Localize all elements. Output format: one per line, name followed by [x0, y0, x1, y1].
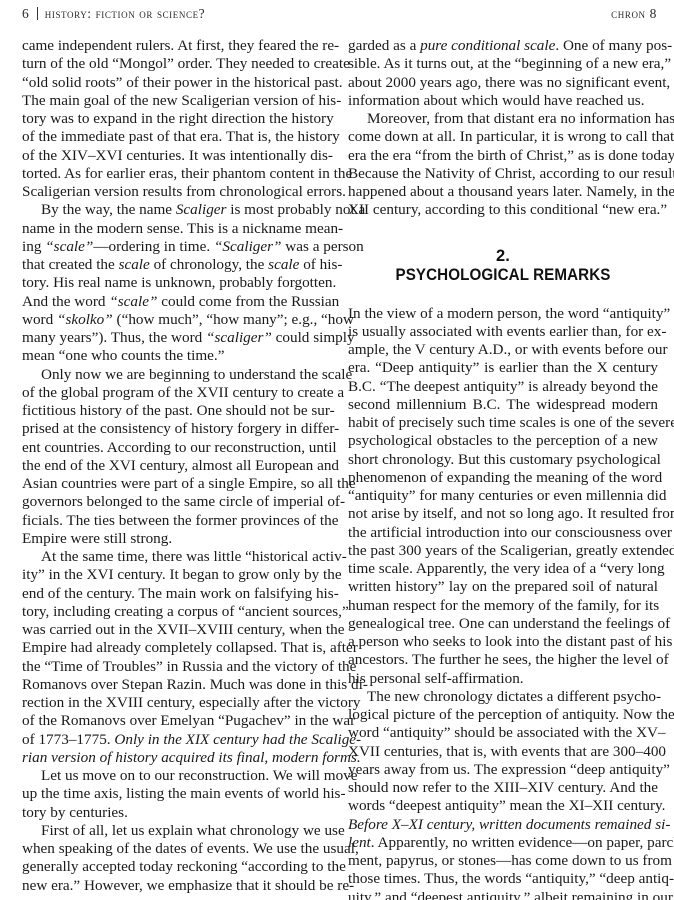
- text-line: Only now we are beginning to understand …: [22, 366, 333, 384]
- text-line: fictitious history of the past. One shou…: [22, 402, 333, 420]
- text-run: sible. As it turns out, at the “beginnin…: [348, 55, 671, 72]
- text-run: ficials. The ties between the former pro…: [22, 512, 338, 529]
- text-run: of 1773–1775.: [22, 731, 114, 748]
- text-run: mean “one who counts the time.”: [22, 347, 224, 364]
- text-line: ment, papyrus, or stones—has come down t…: [348, 852, 658, 870]
- italic-text: scale: [268, 256, 299, 273]
- text-run: tory, including creating a corpus of “an…: [22, 603, 349, 620]
- text-line: mean “one who counts the time.”: [22, 347, 333, 365]
- text-run: about 2000 years ago, there was no signi…: [348, 74, 670, 91]
- text-run: short chronology. But this customary psy…: [348, 451, 661, 468]
- text-line: logical picture of the perception of ant…: [348, 706, 658, 724]
- text-line: is usually associated with events earlie…: [348, 323, 658, 341]
- text-run: written history” lay on the prepared soi…: [348, 578, 658, 595]
- text-line: end of the century. The main work on fal…: [22, 585, 333, 603]
- text-line: And the word “scale” could come from the…: [22, 293, 333, 311]
- italic-text: scale: [119, 256, 150, 273]
- text-run: words “deepest antiquity” mean the XI–XI…: [348, 797, 665, 814]
- text-run: . Apparently, no written evidence—on pap…: [371, 834, 674, 851]
- text-run: that created the: [22, 256, 119, 273]
- text-line: of the global program of the XVII centur…: [22, 384, 333, 402]
- text-run: generally accepted today reckoning “acco…: [22, 858, 346, 875]
- text-run: The main goal of the new Scaligerian ver…: [22, 92, 341, 109]
- text-line: Empire had already completely collapsed.…: [22, 639, 333, 657]
- text-line: happened about a thousand years later. N…: [348, 183, 658, 201]
- text-line: the past 300 years of the Scaligerian, g…: [348, 542, 658, 560]
- text-run: —ordering in time.: [93, 238, 214, 255]
- text-line: In the view of a modern person, the word…: [348, 305, 658, 323]
- right-column-bottom-text: In the view of a modern person, the word…: [348, 305, 658, 900]
- text-run: First of all, let us explain what chrono…: [41, 822, 345, 839]
- text-line: name in the modern sense. This is a nick…: [22, 220, 333, 238]
- text-run: Romanovs over Stepan Razin. Much was don…: [22, 676, 368, 693]
- text-run: Asian countries were part of a single Em…: [22, 475, 356, 492]
- left-text-column: came independent rulers. At first, they …: [22, 37, 333, 895]
- text-line: years away from us. The expression “deep…: [348, 761, 658, 779]
- text-run: name in the modern sense. This is a nick…: [22, 220, 343, 237]
- header-separator-rule: [37, 7, 38, 20]
- text-line: written history” lay on the prepared soi…: [348, 578, 658, 596]
- text-run: uity,” and “deepest antiquity,” albeit r…: [348, 889, 673, 900]
- text-line: The main goal of the new Scaligerian ver…: [22, 92, 333, 110]
- text-line: new era.” However, we emphasize that it …: [22, 877, 333, 895]
- running-head-left: 6HISTORY: FICTION OR SCIENCE?: [22, 6, 205, 22]
- text-run: turn of the old “Mongol” order. They nee…: [22, 55, 350, 72]
- text-run: not arise by itself, and not so long ago…: [348, 505, 674, 522]
- text-run: The new chronology dictates a different …: [367, 688, 661, 705]
- text-run: happened about a thousand years later. N…: [348, 183, 674, 200]
- text-run: In the view of a modern person, the word…: [348, 305, 670, 322]
- text-line: should now refer to the XIII–XIV century…: [348, 779, 658, 797]
- text-run: era the era “from the birth of Christ,” …: [348, 147, 674, 164]
- text-run: information about which would have reach…: [348, 92, 645, 109]
- text-line: was carried out in the XVII–XVIII centur…: [22, 621, 333, 639]
- text-run: could simply: [272, 329, 355, 346]
- text-run: By the way, the name: [41, 201, 176, 218]
- text-line: generally accepted today reckoning “acco…: [22, 858, 333, 876]
- text-line: short chronology. But this customary psy…: [348, 451, 658, 469]
- text-line: when speaking of the dates of events. We…: [22, 840, 333, 858]
- text-run: come down at all. In particular, it is w…: [348, 128, 674, 145]
- text-run: Moreover, from that distant era no infor…: [367, 110, 674, 127]
- italic-text: Only in the XIX century had the Scalige-: [114, 731, 361, 748]
- text-line: ficials. The ties between the former pro…: [22, 512, 333, 530]
- italic-text: “skolko”: [57, 311, 113, 328]
- section-heading: 2. PSYCHOLOGICAL REMARKS: [348, 247, 658, 285]
- text-line: tory. His real name is unknown, probably…: [22, 274, 333, 292]
- text-run: prised at the consistency of history for…: [22, 420, 339, 437]
- text-line: XVII centuries, that is, with events tha…: [348, 743, 658, 761]
- text-run: a person who seeks to look into the dist…: [348, 633, 672, 650]
- section-number: 2.: [348, 247, 658, 266]
- text-line: habit of precisely such time scales is o…: [348, 414, 658, 432]
- text-line: era the era “from the birth of Christ,” …: [348, 147, 658, 165]
- text-line: First of all, let us explain what chrono…: [22, 822, 333, 840]
- text-line: ent countries. According to our reconstr…: [22, 439, 333, 457]
- text-run: tory was to expand in the right directio…: [22, 110, 334, 127]
- text-line: Let us move on to our reconstruction. We…: [22, 767, 333, 785]
- text-line: ity” in the XVI century. It began to gro…: [22, 566, 333, 584]
- text-line: Because the Nativity of Christ, accordin…: [348, 165, 658, 183]
- text-line: rian version of history acquired its fin…: [22, 749, 333, 767]
- text-run: word: [22, 311, 57, 328]
- text-run: when speaking of the dates of events. We…: [22, 840, 359, 857]
- text-line: of the XIV–XVI centuries. It was intenti…: [22, 147, 333, 165]
- text-line: human respect for the memory of the fami…: [348, 597, 658, 615]
- text-line: Scaligerian version results from chronol…: [22, 183, 333, 201]
- text-run: And the word: [22, 293, 109, 310]
- text-run: second millennium B.C. The widespread mo…: [348, 396, 658, 413]
- text-run: Scaligerian version results from chronol…: [22, 183, 346, 200]
- text-line: the artificial introduction into our con…: [348, 524, 658, 542]
- text-line: phenomenon of expanding the meaning of t…: [348, 469, 658, 487]
- text-line: the end of the XVI century, almost all E…: [22, 457, 333, 475]
- text-run: of the Romanovs over Emelyan “Pugachev” …: [22, 712, 355, 729]
- text-run: genealogical tree. One can understand th…: [348, 615, 670, 632]
- text-line: information about which would have reach…: [348, 92, 658, 110]
- text-line: word “antiquity” should be associated wi…: [348, 724, 658, 742]
- text-run: ancestors. The further he sees, the high…: [348, 651, 669, 668]
- text-run: Only now we are beginning to understand …: [41, 366, 352, 383]
- text-run: was carried out in the XVII–XVIII centur…: [22, 621, 344, 638]
- text-run: fictitious history of the past. One shou…: [22, 402, 335, 419]
- text-run: tory by centuries.: [22, 804, 128, 821]
- text-line: ample, the V century A.D., or with event…: [348, 341, 658, 359]
- text-run: up the time axis, listing the main event…: [22, 785, 346, 802]
- text-line: governors belonged to the same circle of…: [22, 493, 333, 511]
- text-run: (“how much”, “how many”; e.g., “how: [113, 311, 354, 328]
- text-run: garded as a: [348, 37, 420, 54]
- text-run: XII century, according to this condition…: [348, 201, 667, 218]
- italic-text: Before X–XI century, written documents r…: [348, 816, 670, 833]
- text-line: era. “Deep antiquity” is earlier than th…: [348, 359, 658, 377]
- text-line: came independent rulers. At first, they …: [22, 37, 333, 55]
- text-line: those times. Thus, the words “antiquity,…: [348, 870, 658, 888]
- text-line: not arise by itself, and not so long ago…: [348, 505, 658, 523]
- italic-text: rian version of history acquired its fin…: [22, 749, 361, 766]
- text-run: era. “Deep antiquity” is earlier than th…: [348, 359, 658, 376]
- text-line: second millennium B.C. The widespread mo…: [348, 396, 658, 414]
- text-line: that created the scale of chronology, th…: [22, 256, 333, 274]
- text-run: . One of many pos-: [555, 37, 672, 54]
- text-run: his personal self-affirmation.: [348, 670, 524, 687]
- text-run: human respect for the memory of the fami…: [348, 597, 659, 614]
- text-line: XII century, according to this condition…: [348, 201, 658, 219]
- text-line: torted. As for earlier eras, their phant…: [22, 165, 333, 183]
- text-run: the end of the XVI century, almost all E…: [22, 457, 339, 474]
- text-line: tory was to expand in the right directio…: [22, 110, 333, 128]
- text-run: new era.” However, we emphasize that it …: [22, 877, 354, 894]
- text-run: those times. Thus, the words “antiquity,…: [348, 870, 674, 887]
- right-column-top-text: garded as a pure conditional scale. One …: [348, 37, 658, 220]
- text-line: lent. Apparently, no written evidence—on…: [348, 834, 658, 852]
- text-run: is most probably not a: [226, 201, 365, 218]
- volume-label: CHRON 8: [611, 6, 657, 22]
- text-run: B.C. “The deepest antiquity” is already …: [348, 378, 658, 395]
- text-line: the “Time of Troubles” in Russia and the…: [22, 658, 333, 676]
- text-run: years away from us. The expression “deep…: [348, 761, 670, 778]
- text-line: of 1773–1775. Only in the XIX century ha…: [22, 731, 333, 749]
- text-run: ity” in the XVI century. It began to gro…: [22, 566, 342, 583]
- text-run: of chronology, the: [150, 256, 268, 273]
- text-run: is usually associated with events earlie…: [348, 323, 666, 340]
- text-line: ing “scale”—ordering in time. “Scaliger”…: [22, 238, 333, 256]
- text-run: torted. As for earlier eras, their phant…: [22, 165, 352, 182]
- text-run: ent countries. According to our reconstr…: [22, 439, 337, 456]
- text-line: tory by centuries.: [22, 804, 333, 822]
- book-title: HISTORY: FICTION OR SCIENCE?: [45, 6, 206, 21]
- text-line: Before X–XI century, written documents r…: [348, 816, 658, 834]
- text-run: of the global program of the XVII centur…: [22, 384, 344, 401]
- text-run: logical picture of the perception of ant…: [348, 706, 674, 723]
- text-line: “antiquity” for many centuries or even m…: [348, 487, 658, 505]
- text-run: many years”). Thus, the word: [22, 329, 206, 346]
- text-run: XVII centuries, that is, with events tha…: [348, 743, 666, 760]
- text-run: the “Time of Troubles” in Russia and the…: [22, 658, 356, 675]
- text-line: Empire were still strong.: [22, 530, 333, 548]
- section-title: PSYCHOLOGICAL REMARKS: [360, 266, 645, 285]
- text-line: uity,” and “deepest antiquity,” albeit r…: [348, 889, 658, 900]
- text-line: up the time axis, listing the main event…: [22, 785, 333, 803]
- text-line: genealogical tree. One can understand th…: [348, 615, 658, 633]
- text-line: about 2000 years ago, there was no signi…: [348, 74, 658, 92]
- text-line: At the same time, there was little “hist…: [22, 548, 333, 566]
- text-run: At the same time, there was little “hist…: [41, 548, 347, 565]
- text-run: rection in the XVIII century, especially…: [22, 694, 360, 711]
- page-number: 6: [22, 6, 29, 21]
- text-line: many years”). Thus, the word “scaliger” …: [22, 329, 333, 347]
- text-line: word “skolko” (“how much”, “how many”; e…: [22, 311, 333, 329]
- text-run: of his-: [299, 256, 342, 273]
- text-run: should now refer to the XIII–XIV century…: [348, 779, 658, 796]
- text-run: time scale. Apparently, the very idea of…: [348, 560, 665, 577]
- text-line: time scale. Apparently, the very idea of…: [348, 560, 658, 578]
- text-run: Let us move on to our reconstruction. We…: [41, 767, 358, 784]
- text-run: ample, the V century A.D., or with event…: [348, 341, 668, 358]
- text-line: prised at the consistency of history for…: [22, 420, 333, 438]
- text-line: words “deepest antiquity” mean the XI–XI…: [348, 797, 658, 815]
- text-line: tory, including creating a corpus of “an…: [22, 603, 333, 621]
- text-run: “antiquity” for many centuries or even m…: [348, 487, 666, 504]
- text-line: a person who seeks to look into the dist…: [348, 633, 658, 651]
- italic-text: “scaliger”: [206, 329, 272, 346]
- text-line: sible. As it turns out, at the “beginnin…: [348, 55, 658, 73]
- italic-text: “scale”: [45, 238, 93, 255]
- running-head: 6HISTORY: FICTION OR SCIENCE? CHRON 8: [22, 6, 657, 22]
- text-line: of the immediate past of that era. That …: [22, 128, 333, 146]
- text-run: ment, papyrus, or stones—has come down t…: [348, 852, 672, 869]
- text-run: the past 300 years of the Scaligerian, g…: [348, 542, 674, 559]
- text-line: come down at all. In particular, it is w…: [348, 128, 658, 146]
- text-run: psychological obstacles to the perceptio…: [348, 432, 658, 449]
- text-run: could come from the Russian: [157, 293, 339, 310]
- text-line: Romanovs over Stepan Razin. Much was don…: [22, 676, 333, 694]
- text-line: B.C. “The deepest antiquity” is already …: [348, 378, 658, 396]
- italic-text: pure conditional scale: [420, 37, 555, 54]
- right-text-column: garded as a pure conditional scale. One …: [348, 37, 658, 900]
- text-run: end of the century. The main work on fal…: [22, 585, 339, 602]
- text-line: rection in the XVIII century, especially…: [22, 694, 333, 712]
- text-line: The new chronology dictates a different …: [348, 688, 658, 706]
- italic-text: “scale”: [109, 293, 157, 310]
- text-run: Empire were still strong.: [22, 530, 172, 547]
- text-run: tory. His real name is unknown, probably…: [22, 274, 336, 291]
- text-run: ing: [22, 238, 45, 255]
- text-run: phenomenon of expanding the meaning of t…: [348, 469, 662, 486]
- text-line: psychological obstacles to the perceptio…: [348, 432, 658, 450]
- text-line: Asian countries were part of a single Em…: [22, 475, 333, 493]
- text-run: of the XIV–XVI centuries. It was intenti…: [22, 147, 333, 164]
- text-run: habit of precisely such time scales is o…: [348, 414, 674, 431]
- text-run: of the immediate past of that era. That …: [22, 128, 340, 145]
- text-line: turn of the old “Mongol” order. They nee…: [22, 55, 333, 73]
- italic-text: Scaliger: [176, 201, 227, 218]
- text-line: Moreover, from that distant era no infor…: [348, 110, 658, 128]
- text-run: word “antiquity” should be associated wi…: [348, 724, 666, 741]
- text-run: Empire had already completely collapsed.…: [22, 639, 358, 656]
- text-line: garded as a pure conditional scale. One …: [348, 37, 658, 55]
- text-line: his personal self-affirmation.: [348, 670, 658, 688]
- text-line: “old solid roots” of their power in the …: [22, 74, 333, 92]
- text-run: came independent rulers. At first, they …: [22, 37, 339, 54]
- text-run: the artificial introduction into our con…: [348, 524, 672, 541]
- text-line: By the way, the name Scaliger is most pr…: [22, 201, 333, 219]
- text-line: of the Romanovs over Emelyan “Pugachev” …: [22, 712, 333, 730]
- text-run: “old solid roots” of their power in the …: [22, 74, 343, 91]
- italic-text: lent: [348, 834, 371, 851]
- text-run: Because the Nativity of Christ, accordin…: [348, 165, 674, 182]
- text-run: governors belonged to the same circle of…: [22, 493, 345, 510]
- text-line: ancestors. The further he sees, the high…: [348, 651, 658, 669]
- italic-text: “Scaliger”: [214, 238, 282, 255]
